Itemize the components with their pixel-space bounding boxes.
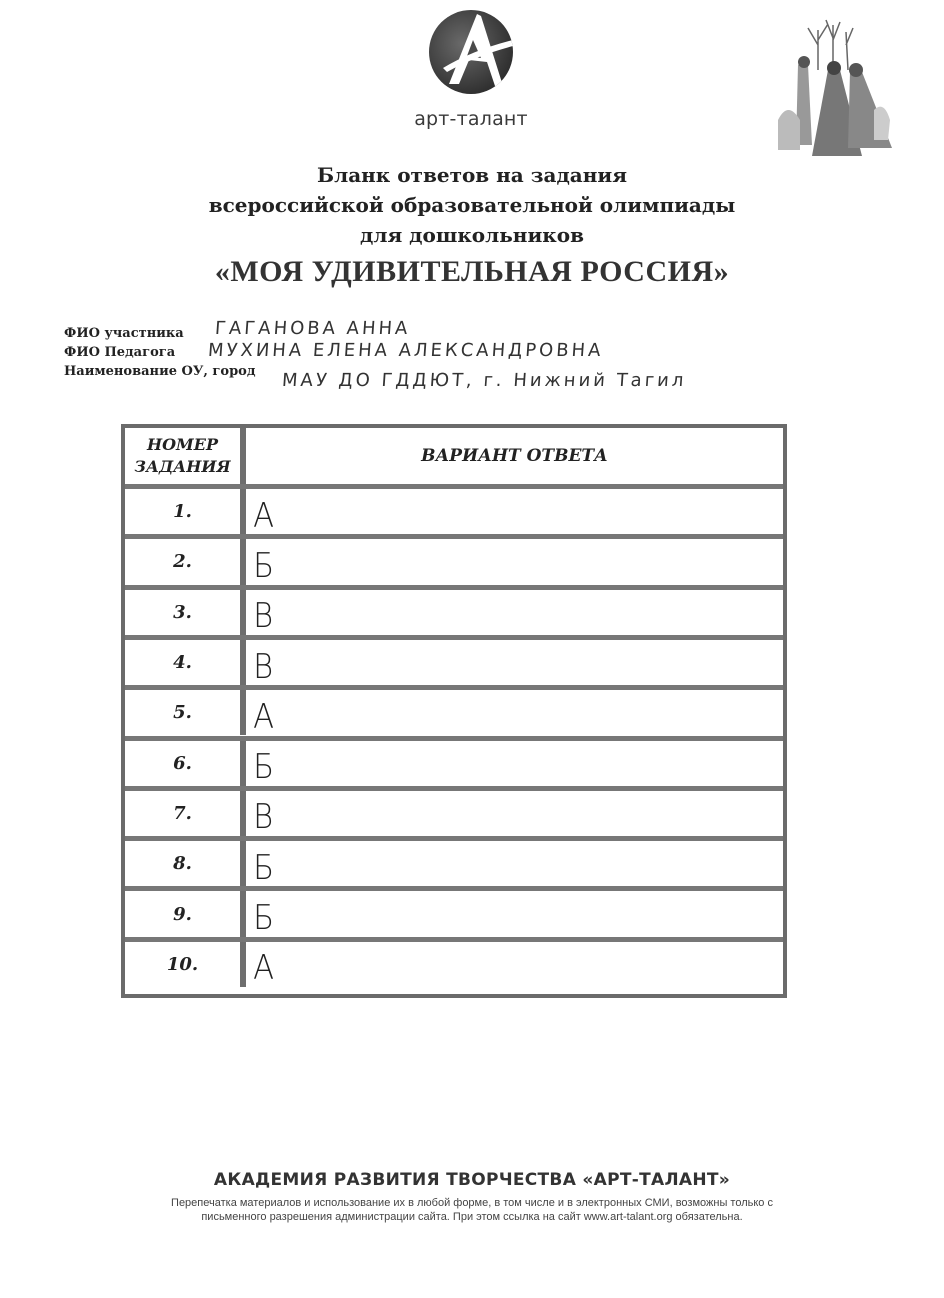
art-talant-a-logo-icon [429, 10, 513, 94]
task-number: 6. [125, 741, 246, 786]
answer-cell[interactable]: А [246, 690, 783, 735]
task-number: 3. [125, 590, 246, 635]
table-row: 3.В [125, 585, 783, 635]
header-task-number-line1: НОМЕР [147, 434, 218, 456]
teacher-label: ФИО Педагога [64, 345, 175, 360]
title-line-1: Бланк ответов на задания [0, 160, 944, 190]
answer-table: НОМЕР ЗАДАНИЯ ВАРИАНТ ОТВЕТА 1.А2.Б3.В4.… [121, 424, 787, 998]
task-number: 10. [125, 942, 246, 987]
answer-value: В [253, 599, 273, 633]
task-number: 1. [125, 489, 246, 534]
title-line-2: всероссийской образовательной олимпиады [0, 190, 944, 220]
art-talant-logo: арт-талант [409, 10, 533, 130]
logo-text: арт-талант [409, 108, 533, 130]
answer-value: А [253, 700, 274, 734]
task-number: 9. [125, 891, 246, 936]
answer-value: А [253, 499, 274, 533]
task-number: 4. [125, 640, 246, 685]
olympiad-title: «МОЯ УДИВИТЕЛЬНАЯ РОССИЯ» [0, 252, 944, 292]
table-row: 2.Б [125, 534, 783, 584]
answer-value: А [253, 951, 274, 985]
participant-name-field[interactable]: ГАГАНОВА АННА [214, 318, 411, 339]
participant-label: ФИО участника [64, 326, 184, 341]
answer-cell[interactable]: В [246, 590, 783, 635]
table-row: 9.Б [125, 886, 783, 936]
answer-cell[interactable]: В [246, 791, 783, 836]
header-answer-variant: ВАРИАНТ ОТВЕТА [246, 428, 783, 484]
teacher-name-field[interactable]: МУХИНА ЕЛЕНА АЛЕКСАНДРОВНА [207, 340, 604, 361]
footer-note-line-1: Перепечатка материалов и использование и… [0, 1196, 944, 1210]
answer-cell[interactable]: А [246, 489, 783, 534]
footer-note-line-2: письменного разрешения администрации сай… [0, 1210, 944, 1224]
answer-cell[interactable]: Б [246, 841, 783, 886]
task-number: 8. [125, 841, 246, 886]
table-row: 5.А [125, 685, 783, 735]
answer-value: Б [253, 851, 274, 885]
answer-value: Б [253, 901, 274, 935]
table-row: 1.А [125, 484, 783, 534]
header-task-number-line2: ЗАДАНИЯ [134, 456, 230, 478]
org-city-field[interactable]: МАУ ДО ГДДЮТ, г. Нижний Тагил [281, 370, 687, 391]
answer-cell[interactable]: Б [246, 891, 783, 936]
footer-title: АКАДЕМИЯ РАЗВИТИЯ ТВОРЧЕСТВА «АРТ-ТАЛАНТ… [0, 1170, 944, 1190]
answer-cell[interactable]: В [246, 640, 783, 685]
answer-value: Б [253, 750, 274, 784]
table-row: 8.Б [125, 836, 783, 886]
answer-value: Б [253, 549, 274, 583]
title-line-3: для дошкольников [0, 220, 944, 250]
answer-cell[interactable]: Б [246, 539, 783, 584]
header-task-number: НОМЕР ЗАДАНИЯ [125, 428, 246, 484]
task-number: 2. [125, 539, 246, 584]
table-row: 6.Б [125, 736, 783, 786]
table-row: 7.В [125, 786, 783, 836]
answer-value: В [253, 800, 273, 834]
answer-cell[interactable]: А [246, 942, 783, 987]
answer-cell[interactable]: Б [246, 741, 783, 786]
task-number: 5. [125, 690, 246, 735]
folk-girls-illustration-icon [778, 10, 908, 160]
table-header: НОМЕР ЗАДАНИЯ ВАРИАНТ ОТВЕТА [125, 428, 783, 484]
task-number: 7. [125, 791, 246, 836]
table-row: 10.А [125, 937, 783, 987]
answer-value: В [253, 650, 273, 684]
table-row: 4.В [125, 635, 783, 685]
form-title-block: Бланк ответов на задания всероссийской о… [0, 160, 944, 292]
footer: АКАДЕМИЯ РАЗВИТИЯ ТВОРЧЕСТВА «АРТ-ТАЛАНТ… [0, 1170, 944, 1224]
org-label: Наименование ОУ, город [64, 364, 256, 379]
